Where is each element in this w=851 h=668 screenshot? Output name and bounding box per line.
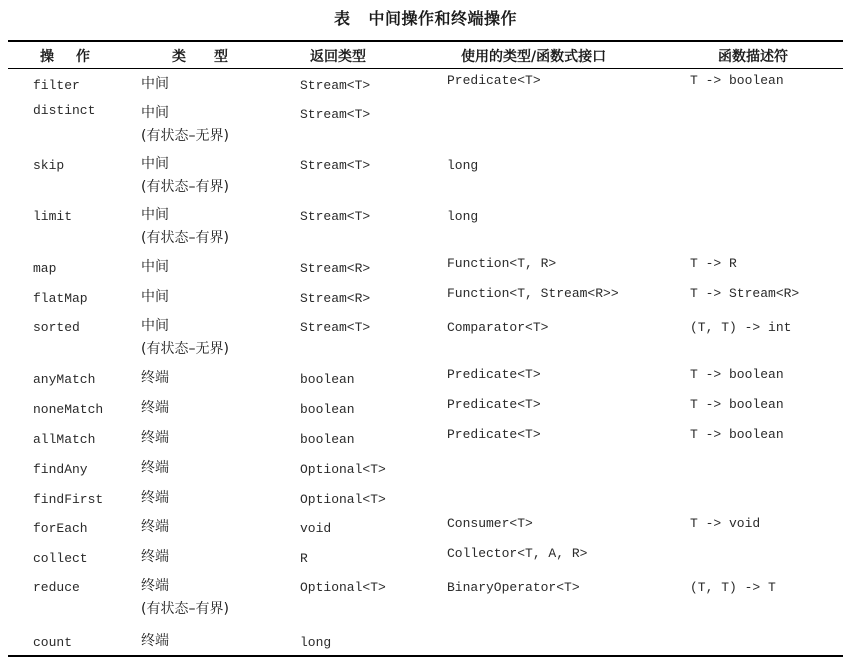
cell-operation: findAny xyxy=(33,462,88,477)
cell-functional-interface: Consumer<T> xyxy=(447,516,533,531)
kind-label: 中间 xyxy=(141,102,229,125)
cell-operation: forEach xyxy=(33,521,88,536)
cell-return-type: Stream<T> xyxy=(300,78,370,93)
cell-function-descriptor: T -> boolean xyxy=(690,73,784,88)
cell-kind: 终端 xyxy=(141,457,169,480)
cell-function-descriptor: (T, T) -> int xyxy=(690,320,791,335)
top-rule xyxy=(8,40,843,42)
bottom-rule xyxy=(8,655,843,657)
cell-kind: 中间(有状态–有界) xyxy=(141,153,229,199)
cell-function-descriptor: T -> Stream<R> xyxy=(690,286,799,301)
cell-return-type: Stream<T> xyxy=(300,320,370,335)
cell-function-descriptor: (T, T) -> T xyxy=(690,580,776,595)
cell-functional-interface: Function<T, Stream<R>> xyxy=(447,286,619,301)
cell-kind: 中间(有状态–有界) xyxy=(141,204,229,250)
cell-operation: map xyxy=(33,261,56,276)
cell-kind: 中间(有状态–无界) xyxy=(141,315,229,361)
cell-return-type: boolean xyxy=(300,402,355,417)
kind-label: 终端 xyxy=(141,400,169,416)
header-function-descriptor: 函数描述符 xyxy=(718,46,788,66)
cell-functional-interface: Predicate<T> xyxy=(447,73,541,88)
kind-note: (有状态–有界) xyxy=(141,176,229,199)
cell-return-type: Stream<T> xyxy=(300,107,370,122)
cell-operation: count xyxy=(33,635,72,650)
cell-operation: anyMatch xyxy=(33,372,95,387)
cell-kind: 中间 xyxy=(141,286,169,309)
cell-functional-interface: long xyxy=(447,158,478,173)
cell-operation: sorted xyxy=(33,320,80,335)
cell-kind: 中间 xyxy=(141,256,169,279)
cell-operation: distinct xyxy=(33,103,95,118)
kind-label: 中间 xyxy=(141,204,229,227)
table-title-prefix: 表 xyxy=(334,9,351,28)
kind-note: (有状态–无界) xyxy=(141,338,229,361)
cell-return-type: Stream<R> xyxy=(300,261,370,276)
table-title: 表中间操作和终端操作 xyxy=(0,6,851,29)
cell-functional-interface: long xyxy=(447,209,478,224)
cell-operation: flatMap xyxy=(33,291,88,306)
cell-operation: reduce xyxy=(33,580,80,595)
cell-function-descriptor: T -> boolean xyxy=(690,367,784,382)
kind-label: 终端 xyxy=(141,460,169,476)
table-title-text: 中间操作和终端操作 xyxy=(369,9,518,28)
kind-label: 终端 xyxy=(141,549,169,565)
cell-function-descriptor: T -> boolean xyxy=(690,397,784,412)
cell-functional-interface: Collector<T, A, R> xyxy=(447,546,587,561)
header-operation: 操作 xyxy=(40,46,112,66)
kind-label: 终端 xyxy=(141,490,169,506)
cell-function-descriptor: T -> boolean xyxy=(690,427,784,442)
kind-label: 终端 xyxy=(141,575,229,598)
cell-kind: 中间(有状态–无界) xyxy=(141,102,229,148)
cell-operation: noneMatch xyxy=(33,402,103,417)
cell-return-type: boolean xyxy=(300,432,355,447)
cell-return-type: boolean xyxy=(300,372,355,387)
cell-return-type: Optional<T> xyxy=(300,492,386,507)
cell-functional-interface: Predicate<T> xyxy=(447,427,541,442)
cell-functional-interface: BinaryOperator<T> xyxy=(447,580,580,595)
cell-functional-interface: Comparator<T> xyxy=(447,320,548,335)
cell-return-type: Stream<R> xyxy=(300,291,370,306)
header-return-type: 返回类型 xyxy=(310,46,366,66)
kind-label: 终端 xyxy=(141,633,169,649)
cell-kind: 终端 xyxy=(141,516,169,539)
cell-operation: limit xyxy=(33,209,72,224)
cell-kind: 终端 xyxy=(141,367,169,390)
cell-operation: allMatch xyxy=(33,432,95,447)
kind-label: 中间 xyxy=(141,289,169,305)
cell-kind: 中间 xyxy=(141,73,169,96)
cell-kind: 终端(有状态–有界) xyxy=(141,575,229,621)
kind-label: 终端 xyxy=(141,519,169,535)
cell-operation: findFirst xyxy=(33,492,103,507)
cell-return-type: Stream<T> xyxy=(300,158,370,173)
cell-function-descriptor: T -> R xyxy=(690,256,737,271)
kind-note: (有状态–有界) xyxy=(141,227,229,250)
kind-label: 终端 xyxy=(141,370,169,386)
kind-label: 中间 xyxy=(141,76,169,92)
cell-return-type: Optional<T> xyxy=(300,462,386,477)
kind-label: 中间 xyxy=(141,259,169,275)
header-rule xyxy=(8,68,843,69)
header-functional-interface: 使用的类型/函数式接口 xyxy=(461,46,606,66)
cell-kind: 终端 xyxy=(141,546,169,569)
cell-kind: 终端 xyxy=(141,630,169,653)
kind-label: 中间 xyxy=(141,153,229,176)
cell-return-type: Optional<T> xyxy=(300,580,386,595)
kind-note: (有状态–有界) xyxy=(141,598,229,621)
cell-kind: 终端 xyxy=(141,487,169,510)
cell-return-type: long xyxy=(300,635,331,650)
kind-label: 终端 xyxy=(141,430,169,446)
cell-operation: filter xyxy=(33,78,80,93)
cell-function-descriptor: T -> void xyxy=(690,516,760,531)
cell-kind: 终端 xyxy=(141,397,169,420)
cell-return-type: Stream<T> xyxy=(300,209,370,224)
kind-note: (有状态–无界) xyxy=(141,125,229,148)
kind-label: 中间 xyxy=(141,315,229,338)
cell-kind: 终端 xyxy=(141,427,169,450)
cell-return-type: R xyxy=(300,551,308,566)
cell-functional-interface: Predicate<T> xyxy=(447,367,541,382)
cell-functional-interface: Predicate<T> xyxy=(447,397,541,412)
cell-functional-interface: Function<T, R> xyxy=(447,256,556,271)
cell-operation: collect xyxy=(33,551,88,566)
header-kind: 类型 xyxy=(172,46,256,66)
cell-operation: skip xyxy=(33,158,64,173)
cell-return-type: void xyxy=(300,521,331,536)
